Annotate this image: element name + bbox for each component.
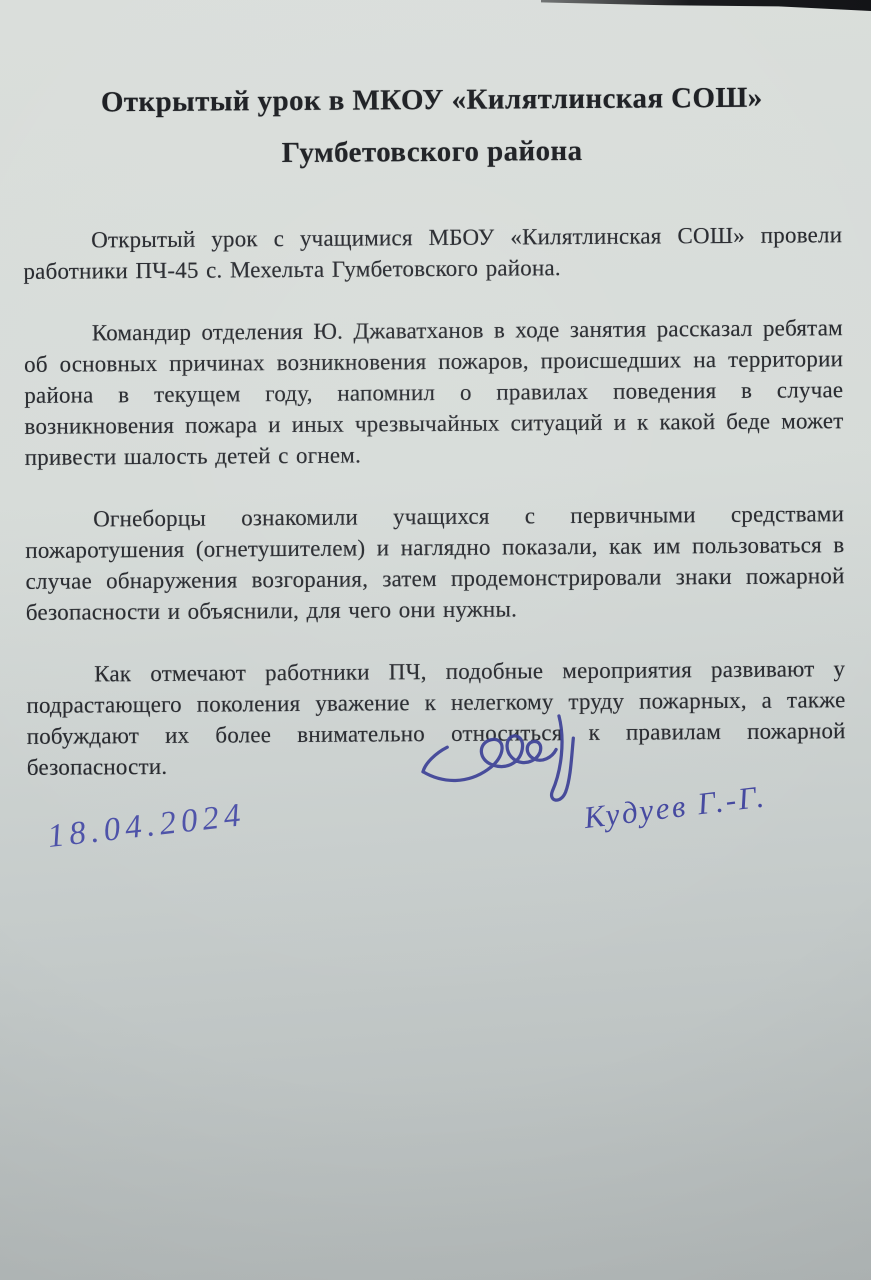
document-photo: Открытый урок в МКОУ «Килятлинская СОШ» …	[0, 0, 871, 1280]
paragraph-intro: Открытый урок с учащимися МБОУ «Килятлин…	[23, 219, 842, 287]
document-sheet: Открытый урок в МКОУ «Килятлинская СОШ» …	[0, 0, 871, 1280]
document-title: Открытый урок в МКОУ «Килятлинская СОШ» …	[52, 71, 813, 180]
document-body: Открытый урок с учащимися МБОУ «Килятлин…	[23, 219, 846, 783]
title-line-1: Открытый урок в МКОУ «Килятлинская СОШ»	[101, 82, 763, 119]
paragraph-commander: Командир отделения Ю. Джаватханов в ходе…	[24, 312, 844, 473]
paragraph-firefighters: Огнеборцы ознакомили учащихся с первичны…	[25, 498, 845, 628]
title-line-2: Гумбетовского района	[282, 135, 583, 169]
handwritten-signature-icon	[416, 701, 595, 820]
handwritten-date: 18.04.2024	[46, 797, 247, 856]
